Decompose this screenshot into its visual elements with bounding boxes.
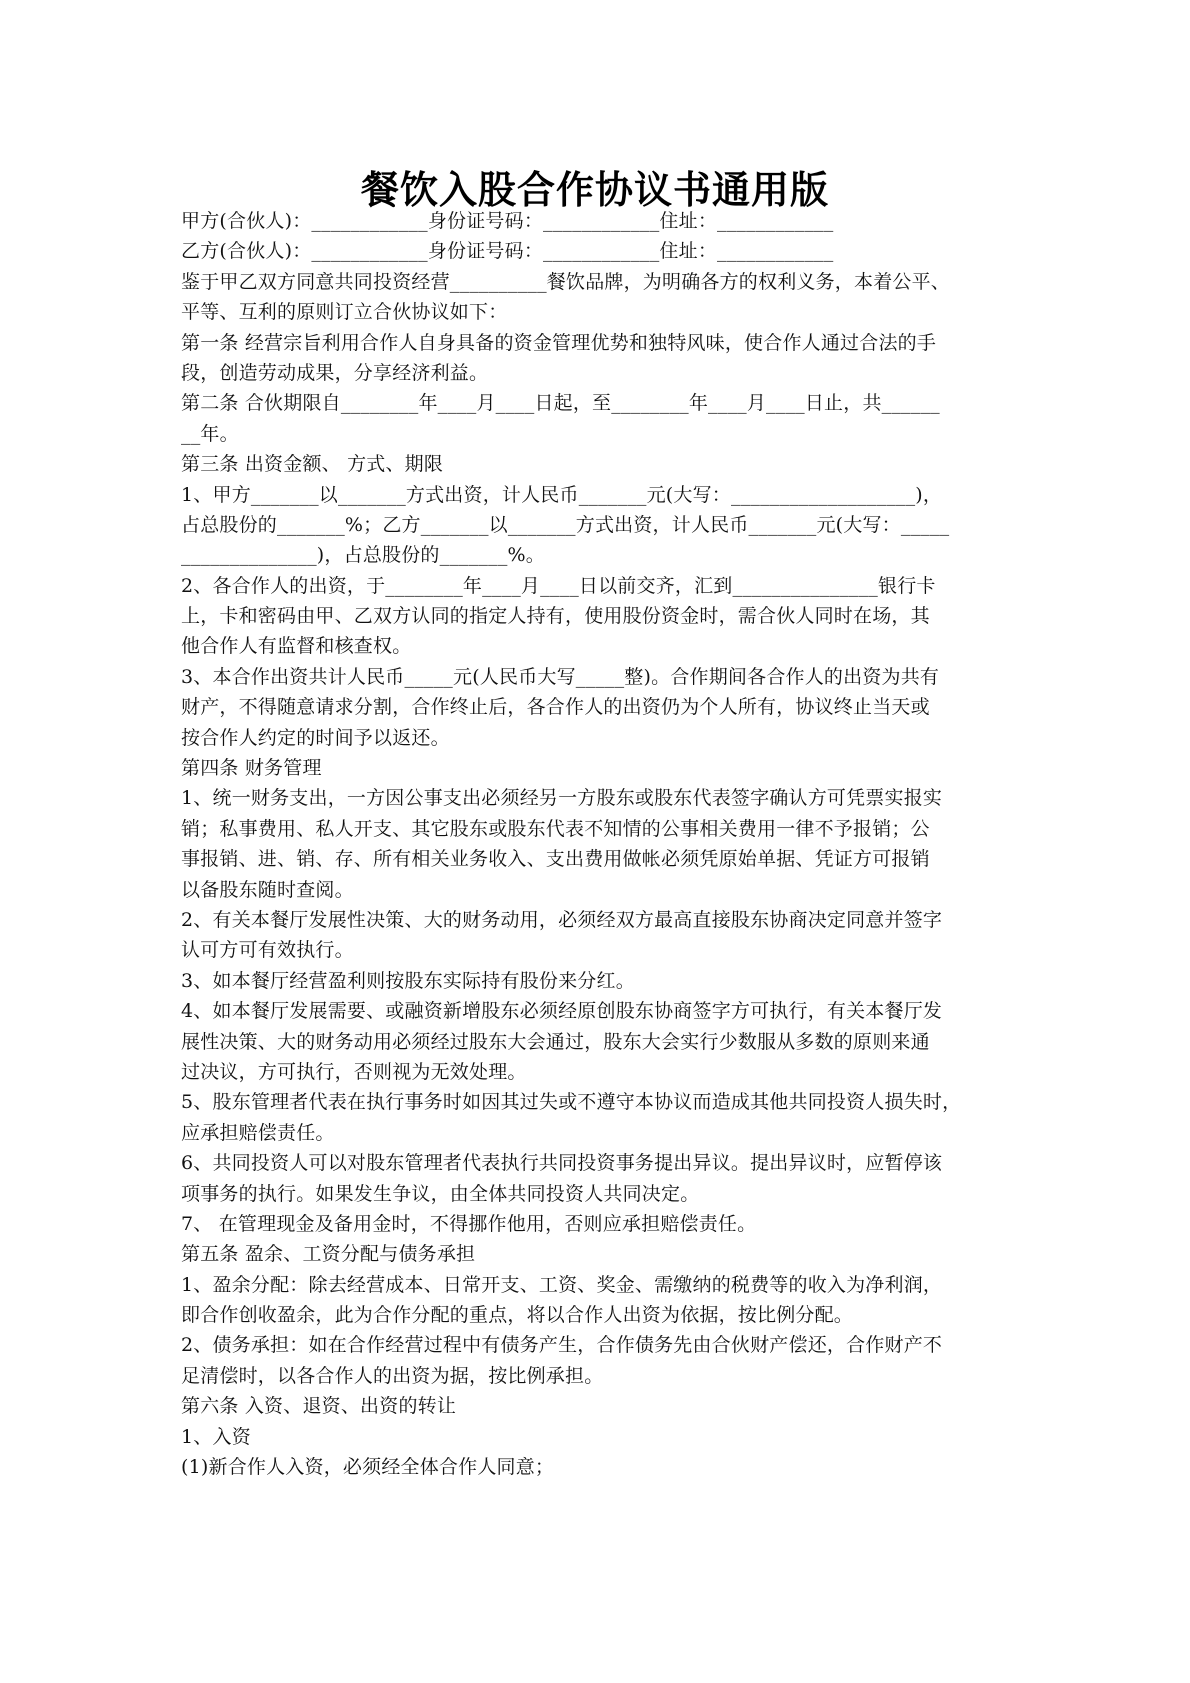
article-3-clause-line: 他合作人有监督和核查权。 — [181, 631, 1026, 661]
article-3-clause-line: 占总股份的_______%；乙方_______以_______方式出资，计人民币… — [181, 510, 1026, 540]
article-4-clause-line: 2、有关本餐厅发展性决策、大的财务动用，必须经双方最高直接股东协商决定同意并签字 — [181, 905, 1026, 935]
party-a-line: 甲方(合伙人)：____________身份证号码：____________住址… — [181, 206, 1026, 236]
article-4-clause-line: 以备股东随时查阅。 — [181, 875, 1026, 905]
preamble-line: 平等、互利的原则订立合伙协议如下： — [181, 297, 1026, 327]
preamble-line: 鉴于甲乙双方同意共同投资经营__________餐饮品牌，为明确各方的权利义务，… — [181, 267, 1026, 297]
article-3-clause-line: 按合作人约定的时间予以返还。 — [181, 723, 1026, 753]
party-b-line: 乙方(合伙人)：____________身份证号码：____________住址… — [181, 236, 1026, 266]
article-4-clause-line: 1、统一财务支出，一方因公事支出必须经另一方股东或股东代表签字确认方可凭票实报实 — [181, 783, 1026, 813]
article-4-clause-line: 展性决策、大的财务动用必须经过股东大会通过，股东大会实行少数服从多数的原则来通 — [181, 1027, 1026, 1057]
article-2-line: __年。 — [181, 419, 1026, 449]
article-5-clause-line: 2、债务承担：如在合作经营过程中有债务产生，合作债务先由合伙财产偿还，合作财产不 — [181, 1330, 1026, 1360]
article-4-clause-line: 销；私事费用、私人开支、其它股东或股东代表不知情的公事相关费用一律不予报销；公 — [181, 814, 1026, 844]
article-4-clause-line: 6、共同投资人可以对股东管理者代表执行共同投资事务提出异议。提出异议时，应暂停该 — [181, 1148, 1026, 1178]
article-6-clause-line: (1)新合作人入资，必须经全体合作人同意； — [181, 1452, 1026, 1482]
article-3-clause-line: 1、甲方_______以_______方式出资，计人民币_______元(大写：… — [181, 480, 1026, 510]
article-3-heading: 第三条 出资金额、 方式、期限 — [181, 449, 1026, 479]
article-5-clause-line: 1、盈余分配：除去经营成本、日常开支、工资、奖金、需缴纳的税费等的收入为净利润， — [181, 1270, 1026, 1300]
article-1-line: 段，创造劳动成果，分享经济利益。 — [181, 358, 1026, 388]
article-4-clause-line: 3、如本餐厅经营盈利则按股东实际持有股份来分红。 — [181, 966, 1026, 996]
document-body: 甲方(合伙人)：____________身份证号码：____________住址… — [181, 206, 1026, 1482]
article-4-clause-line: 4、如本餐厅发展需要、或融资新增股东必须经原创股东协商签字方可执行，有关本餐厅发 — [181, 996, 1026, 1026]
article-4-clause-line: 应承担赔偿责任。 — [181, 1118, 1026, 1148]
article-3-clause-line: 财产，不得随意请求分割，合作终止后，各合作人的出资仍为个人所有，协议终止当天或 — [181, 692, 1026, 722]
article-4-clause-line: 项事务的执行。如果发生争议，由全体共同投资人共同决定。 — [181, 1179, 1026, 1209]
article-5-clause-line: 足清偿时，以各合作人的出资为据，按比例承担。 — [181, 1361, 1026, 1391]
article-1-line: 第一条 经营宗旨利用合作人自身具备的资金管理优势和独特风味，使合作人通过合法的手 — [181, 328, 1026, 358]
article-4-clause-line: 5、股东管理者代表在执行事务时如因其过失或不遵守本协议而造成其他共同投资人损失时… — [181, 1087, 1026, 1117]
article-2-line: 第二条 合伙期限自________年____月____日起，至________年… — [181, 388, 1026, 418]
article-3-clause-line: 2、各合作人的出资，于________年____月____日以前交齐，汇到___… — [181, 571, 1026, 601]
article-5-heading: 第五条 盈余、工资分配与债务承担 — [181, 1239, 1026, 1269]
article-6-clause-line: 1、入资 — [181, 1422, 1026, 1452]
article-3-clause-line: ______________)，占总股份的_______%。 — [181, 540, 1026, 570]
article-4-clause-line: 事报销、进、销、存、所有相关业务收入、支出费用做帐必须凭原始单据、凭证方可报销 — [181, 844, 1026, 874]
article-5-clause-line: 即合作创收盈余，此为合作分配的重点，将以合作人出资为依据，按比例分配。 — [181, 1300, 1026, 1330]
article-4-clause-line: 认可方可有效执行。 — [181, 935, 1026, 965]
article-4-heading: 第四条 财务管理 — [181, 753, 1026, 783]
article-4-clause-line: 过决议，方可执行，否则视为无效处理。 — [181, 1057, 1026, 1087]
article-3-clause-line: 3、本合作出资共计人民币_____元(人民币大写_____整)。合作期间各合作人… — [181, 662, 1026, 692]
article-4-clause-line: 7、 在管理现金及备用金时，不得挪作他用，否则应承担赔偿责任。 — [181, 1209, 1026, 1239]
article-6-heading: 第六条 入资、退资、出资的转让 — [181, 1391, 1026, 1421]
document-page: 餐饮入股合作协议书通用版 甲方(合伙人)：____________身份证号码：_… — [0, 0, 1190, 1683]
article-3-clause-line: 上，卡和密码由甲、乙双方认同的指定人持有，使用股份资金时，需合伙人同时在场，其 — [181, 601, 1026, 631]
